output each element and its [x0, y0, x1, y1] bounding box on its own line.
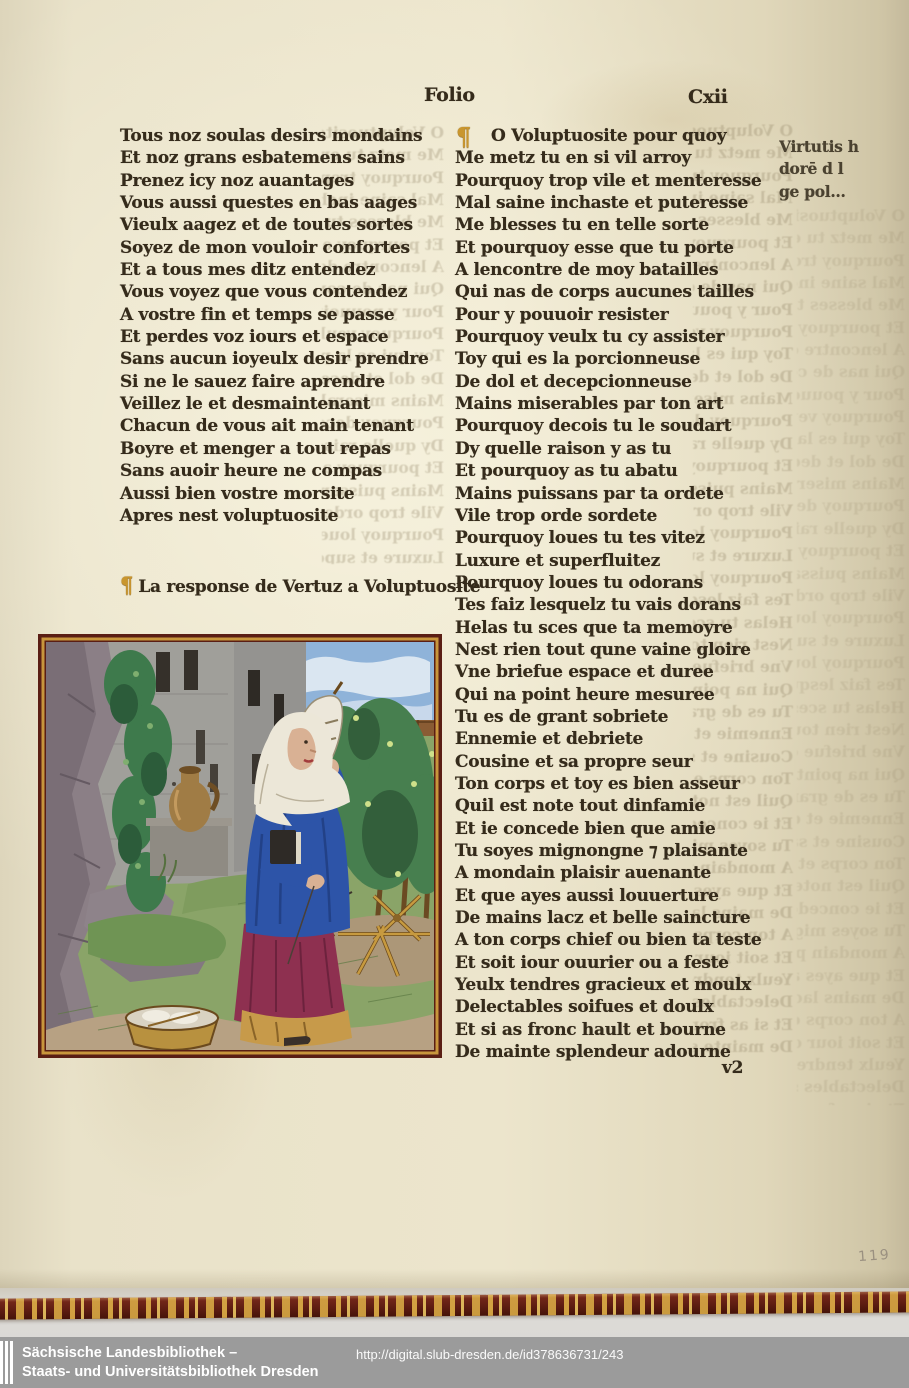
text-line: A vostre fin et temps se passe: [120, 304, 450, 326]
text-line: Apres nest voluptuosite: [120, 505, 450, 527]
text-line: Pourquoy veulx tu cy assister: [455, 326, 795, 348]
text-line: Vieulx aagez et de toutes sortes: [120, 214, 450, 236]
rubric-text: La response de Vertuz a Voluptuosite: [138, 577, 480, 597]
folio-number: Cxii: [688, 86, 728, 108]
text-line: Delectables soifues et doulx: [455, 996, 795, 1018]
text-line: Tu soyes mignongne ⁊ plaisante: [455, 840, 795, 862]
text-line: Yeulx tendres gracieux et moulx: [797, 1054, 905, 1076]
text-line: Tu es de grant sobriete: [797, 786, 905, 808]
text-line: Ton corps et toy es bien asseur: [797, 853, 905, 875]
text-line: dorē d l: [779, 158, 905, 180]
text-line: Me metz tu en si vil arroy: [797, 227, 905, 249]
text-line: Helas tu sces que ta memoyre: [455, 617, 795, 639]
library-name-line1: Sächsische Landesbibliothek –: [22, 1344, 319, 1363]
text-line: Qui nas de corps aucunes tailles: [797, 361, 905, 383]
text-line: Et pourquoy as tu abatu: [455, 460, 795, 482]
slub-logo-icon: [0, 1341, 16, 1384]
text-line: Et noz grans esbatemens sains: [120, 147, 450, 169]
bleedthrough-text: O Voluptuosite pour quoyMe metz tu en si…: [797, 205, 905, 1105]
text-line: Sans aucun ioyeulx desir prendre: [120, 348, 450, 370]
text-line: Luxure et superfluitez: [455, 550, 795, 572]
text-line: Mal saine inchaste et puteresse: [797, 272, 905, 294]
text-line: O Voluptuosite pour quoy: [797, 205, 905, 227]
text-line: Mal saine inchaste et puteresse: [455, 192, 795, 214]
text-line: Et soit iour ouurier ou a feste: [455, 952, 795, 974]
digitized-manuscript-page: O Voluptuosite pour quoyMe metz tu en si…: [0, 0, 909, 1388]
text-line: Pour y pouuoir resister: [455, 304, 795, 326]
text-line: Helas tu sces que ta memoyre: [797, 697, 905, 719]
text-line: De mainte splendeur adourne: [455, 1041, 795, 1063]
text-line: Qui na point heure mesuree: [797, 764, 905, 786]
text-line: De dol et decepcionneuse: [455, 371, 795, 393]
text-line: Me blesses tu en telle sorte: [455, 214, 795, 236]
woman-spinning-miniature: [38, 634, 442, 1058]
library-footer-bar: Sächsische Landesbibliothek – Staats- un…: [0, 1337, 909, 1388]
text-line: Toy qui es la porcionneuse: [455, 348, 795, 370]
text-line: Quil est note tout dinfamie: [797, 875, 905, 897]
text-line: A mondain plaisir auenante: [797, 942, 905, 964]
text-line: Et pourquoy esse que tu porte: [797, 317, 905, 339]
text-line: Pourquoy decois tu le soudart: [797, 495, 905, 517]
left-verse-column: Tous noz soulas desirs mondainsEt noz gr…: [120, 125, 450, 527]
text-line: Vne briefue espace et duree: [797, 741, 905, 763]
text-line: A mondain plaisir auenante: [455, 862, 795, 884]
text-line: Et si as fronc hault et bourne: [455, 1019, 795, 1041]
text-line: Mains miserables par ton art: [797, 473, 905, 495]
text-line: Tes faiz lesquelz tu vais dorans: [455, 594, 795, 616]
text-line: Dy quelle raison y as tu: [797, 518, 905, 540]
text-line: Pourquoy trop vile et menteresse: [797, 250, 905, 272]
text-line: Pourquoy veulx tu cy assister: [797, 406, 905, 428]
text-line: Mains miserables par ton art: [455, 393, 795, 415]
text-line: Qui na point heure mesuree: [455, 684, 795, 706]
text-line: Soyez de mon vouloir confortes: [120, 237, 450, 259]
gold-pilcrow-icon: ¶: [120, 572, 133, 597]
text-line: Veillez le et desmaintenant: [120, 393, 450, 415]
text-line: Et a tous mes ditz entendez: [120, 259, 450, 281]
text-line: Pourquoy loues tu odorans: [455, 572, 795, 594]
text-line: Chacun de vous ait main tenant: [120, 415, 450, 437]
text-line: Luxure et superfluitez: [322, 547, 444, 564]
rubric-line: ¶ La response de Vertuz a Voluptuosite: [120, 572, 480, 597]
pencil-foliation-number: 119: [857, 1247, 891, 1265]
text-line: Prenez icy noz auantages: [120, 170, 450, 192]
text-line: Pour y pouuoir resister: [797, 384, 905, 406]
text-line: Cousine et sa propre seur: [455, 751, 795, 773]
text-line: Pourquoy decois tu le soudart: [455, 415, 795, 437]
text-line: Et soit iour ouurier ou a feste: [797, 1032, 905, 1054]
text-line: Nest rien tout qune vaine gloire: [797, 719, 905, 741]
text-line: Ennemie et debriete: [455, 728, 795, 750]
library-name: Sächsische Landesbibliothek – Staats- un…: [22, 1344, 319, 1382]
text-line: Vile trop orde sordete: [797, 585, 905, 607]
text-line: Virtutis h: [779, 136, 905, 158]
text-line: De dol et decepcionneuse: [797, 451, 905, 473]
library-name-line2: Staats- und Universitätsbibliothek Dresd…: [22, 1363, 319, 1382]
text-line: Sans auoir heure ne compas: [120, 460, 450, 482]
miniature-illustration: [38, 634, 442, 1058]
text-line: Vous voyez que vous contendez: [120, 281, 450, 303]
signature-mark: v2: [722, 1058, 743, 1078]
text-line: Et ie concede bien que amie: [797, 898, 905, 920]
text-line: Si ne le sauez faire aprendre: [120, 371, 450, 393]
text-line: Et perdes voz iours et espace: [120, 326, 450, 348]
text-line: Cousine et sa propre seur: [797, 831, 905, 853]
text-line: Dy quelle raison y as tu: [455, 438, 795, 460]
text-line: Tu soyes mignongne ⁊ plaisante: [797, 920, 905, 942]
text-line: Pourquoy loues tu tes vitez: [322, 524, 444, 546]
text-line: Et si as fronc hault et bourne: [797, 1099, 905, 1105]
text-line: ge pol…: [779, 181, 905, 203]
text-line: A lencontre de moy batailles: [455, 259, 795, 281]
text-line: Nest rien tout qune vaine gloire: [455, 639, 795, 661]
text-line: Me blesses tu en telle sorte: [797, 294, 905, 316]
text-line: Vile trop orde sordete: [455, 505, 795, 527]
text-line: Pourquoy loues tu odorans: [797, 652, 905, 674]
text-line: Et que ayes aussi louuerture: [455, 885, 795, 907]
text-line: De mains lacz et belle saincture: [455, 907, 795, 929]
text-line: Vous aussi questes en bas aages: [120, 192, 450, 214]
right-verse-column: O Voluptuosite pour quoyMe metz tu en si…: [455, 125, 795, 1063]
marginal-note: Virtutis hdorē d lge pol…: [779, 136, 905, 203]
text-line: Pourquoy loues tu tes vitez: [455, 527, 795, 549]
text-line: Pourquoy trop vile et menteresse: [455, 170, 795, 192]
text-line: A lencontre de moy batailles: [797, 339, 905, 361]
text-line: A ton corps chief ou bien ta teste: [455, 929, 795, 951]
text-line: Boyre et menger a tout repas: [120, 438, 450, 460]
text-line: Mains puissans par ta ordete: [797, 563, 905, 585]
text-line: Et pourquoy esse que tu porte: [455, 237, 795, 259]
text-line: Luxure et superfluitez: [797, 630, 905, 652]
text-line: Et pourquoy as tu abatu: [797, 540, 905, 562]
text-line: Me metz tu en si vil arroy: [455, 147, 795, 169]
text-line: Yeulx tendres gracieux et moulx: [455, 974, 795, 996]
text-line: Tes faiz lesquelz tu vais dorans: [797, 674, 905, 696]
text-line: O Voluptuosite pour quoy: [455, 125, 795, 147]
text-line: Quil est note tout dinfamie: [455, 795, 795, 817]
digitization-url: http://digital.slub-dresden.de/id3786367…: [356, 1347, 623, 1362]
text-line: Tous noz soulas desirs mondains: [120, 125, 450, 147]
text-line: Pourquoy loues tu tes vitez: [797, 607, 905, 629]
folio-label: Folio: [424, 84, 475, 106]
text-line: Toy qui es la porcionneuse: [797, 428, 905, 450]
text-line: Et que ayes aussi louuerture: [797, 965, 905, 987]
text-line: Vne briefue espace et duree: [455, 661, 795, 683]
text-line: Ennemie et debriete: [797, 808, 905, 830]
text-line: Mains puissans par ta ordete: [455, 483, 795, 505]
parchment-page: O Voluptuosite pour quoyMe metz tu en si…: [0, 0, 909, 1295]
text-line: Delectables soifues et doulx: [797, 1076, 905, 1098]
text-line: A ton corps chief ou bien ta teste: [797, 1009, 905, 1031]
text-line: Qui nas de corps aucunes tailles: [455, 281, 795, 303]
text-line: De mains lacz et belle saincture: [797, 987, 905, 1009]
text-line: Tu es de grant sobriete: [455, 706, 795, 728]
text-line: Aussi bien vostre morsite: [120, 483, 450, 505]
text-line: Ton corps et toy es bien asseur: [455, 773, 795, 795]
text-line: Et ie concede bien que amie: [455, 818, 795, 840]
